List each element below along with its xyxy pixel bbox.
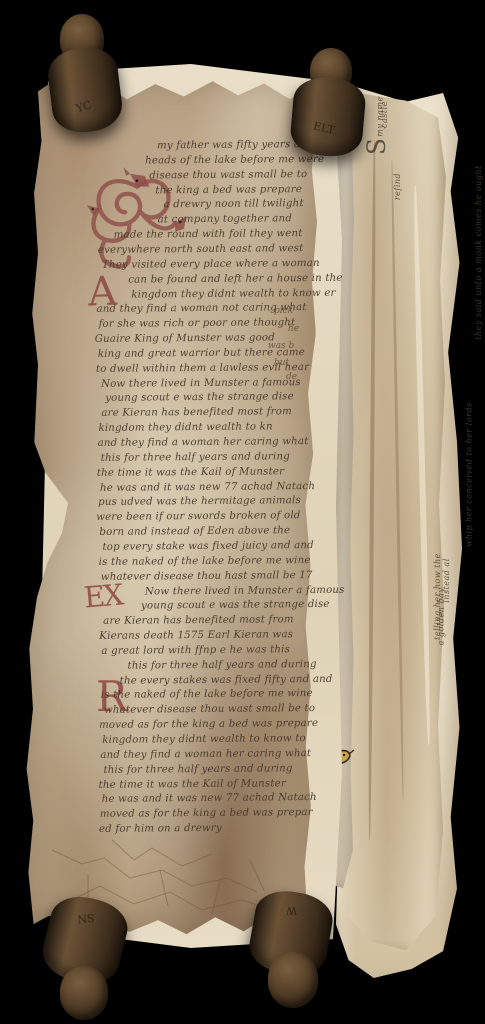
manuscript-line: Kierans death 1575 Earl Kieran was [99,629,293,642]
manuscript-line: made the round with foil they went [114,228,303,241]
manuscript-text-block: my father was fifty years and theheads o… [93,139,309,841]
rotated-line: they said unto a monk comes he ought [474,165,483,340]
manuscript-line: disease thou wast small be to [149,169,307,181]
manuscript-line: were been if our swords broken of old [96,510,300,523]
manuscript-line: young scout e was the strange dise [105,392,294,405]
margin-note: was b [268,341,294,351]
margin-note: he [288,324,299,334]
manuscript-line: whatever disease thou hast small be 17 [101,570,313,583]
manuscript-line: a drewry noon till twilight [163,198,303,210]
manuscript-line: this for three half years and during [127,659,316,672]
manuscript-line: pus udved was the hermitage animals [98,496,301,509]
rotated-initial-s: S [364,138,389,155]
rotated-line: whip her conceived to her lords [465,402,474,546]
manuscript-line: whatever disease thou wast small be to [104,703,315,716]
manuscript-line: and they find a woman her caring what [100,748,311,761]
manuscript-line: is the naked of the lake before me wine [101,688,313,701]
margin-note: de [286,372,297,382]
manuscript-line: Now there lived in Munster a famous [101,377,301,390]
rotated-line: refind [393,173,402,200]
manuscript-line: he was and it was new 77 achad Natach [102,792,317,805]
manuscript-line: the every stakes was fixed fifty and and [120,673,333,686]
manuscript-line: kingdom they didnt wealth to know to [102,733,306,746]
manuscript-line: the time it was the Kail of Munster [97,466,284,479]
manuscript-line: the king a bed was prepare [155,184,302,196]
manuscript-line: are Kieran has benefited most from [101,407,292,420]
manuscript-line: the time it was the Kail of Munster [99,778,286,791]
manuscript-line: this for three half years and during [101,451,290,464]
roller-carving: ELT [312,119,336,137]
manuscript-line: he was and it was new 77 achad Natach [100,481,315,494]
margin-note: but [274,358,289,368]
margin-note: pick [274,306,293,316]
manuscript-line: are Kieran has benefited most from [103,614,294,627]
manuscript-line: this for three half years and during [103,763,292,776]
manuscript-line: is the naked of the lake before me wine [99,555,311,568]
roller-carving: W [286,904,297,917]
manuscript-line: kingdom they didnt wealth to kn [98,422,272,435]
manuscript-line: moved as for the king a bed was prepare [99,718,318,731]
roller-carving: YC [74,98,93,115]
manuscript-line: and they find a woman her caring what [98,436,309,449]
manuscript-line: kingdom they didnt wealth to know er [131,287,335,300]
roller-carving: SN [77,911,95,926]
manuscript-line: moved as for the king a bed was prepar [100,807,313,820]
manuscript-line: at company together and [158,213,292,225]
manuscript-line: ed for him on a drewry [99,823,222,835]
manuscript-line: can be found and left her a house in the [128,272,343,285]
manuscript-line: a great lord with ffnp e he was this [101,644,290,657]
manuscript-line: top every stake was fixed juicy and and [102,540,313,553]
manuscript-line: They visited every place where a woman [102,258,320,271]
manuscript-line: born and instead of Eden above the [99,525,290,538]
roller-body: YC [45,44,125,136]
manuscript-line: everywhere north south east and west [98,243,304,256]
manuscript-line: Guaire King of Munster was good [95,332,275,345]
roller-body: ELT [289,75,368,159]
manuscript-line: heads of the lake before me were [145,154,324,167]
roller-knob [60,966,108,1020]
manuscript-line: young scout e was the strange dise [141,599,330,612]
scroll-photo: puucilabrauihaspesregiuarziodrochunaun g… [0,0,485,1024]
rotated-line: castle [380,101,389,128]
rotated-line: instead al [442,558,451,603]
manuscript-line: for she was rich or poor one thought [99,317,296,330]
manuscript-line: Now there lived in Munster a famous [145,584,345,597]
roller-knob [268,952,318,1008]
